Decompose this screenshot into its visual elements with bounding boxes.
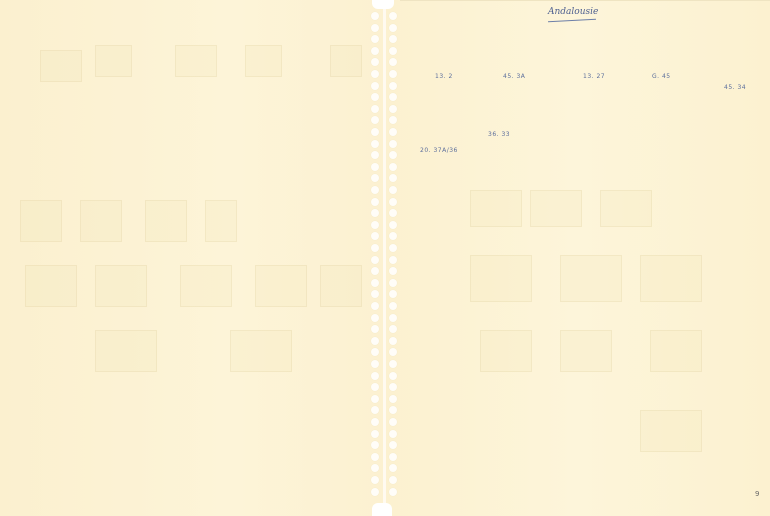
binding-hole [389, 418, 397, 426]
binding-hole [371, 163, 379, 171]
show-through-ghost [205, 200, 237, 242]
binding-hole [389, 395, 397, 403]
show-through-ghost [95, 265, 147, 307]
binding-hole [389, 256, 397, 264]
show-through-ghost [650, 330, 702, 372]
binding-hole [371, 140, 379, 148]
binding-hole [389, 70, 397, 78]
show-through-ghost [180, 265, 232, 307]
binding-hole [371, 128, 379, 136]
show-through-ghost [320, 265, 362, 307]
show-through-ghost [470, 255, 532, 302]
binding-hole [371, 70, 379, 78]
binding-hole [389, 453, 397, 461]
binding-hole [371, 12, 379, 20]
show-through-ghost [470, 190, 522, 227]
binding-hole [389, 360, 397, 368]
binding-hole [371, 476, 379, 484]
binding-hole [371, 488, 379, 496]
show-through-ghost [560, 330, 612, 372]
show-through-ghost [245, 45, 282, 77]
binding-hole [371, 82, 379, 90]
show-through-ghost [25, 265, 77, 307]
binding-hole [371, 430, 379, 438]
binding-hole [371, 395, 379, 403]
show-through-ghost [560, 255, 622, 302]
show-through-ghost [40, 50, 82, 82]
binding-hole [389, 372, 397, 380]
binding-notch-top [372, 0, 394, 9]
binding-hole [389, 314, 397, 322]
page-gutter [383, 0, 386, 516]
binding-hole [371, 302, 379, 310]
show-through-ghost [145, 200, 187, 242]
binding-hole [371, 418, 379, 426]
show-through-ghost [530, 190, 582, 227]
binding-hole [371, 198, 379, 206]
show-through-ghost [640, 410, 702, 452]
page-title: Andalousie [548, 7, 598, 17]
binding-hole [371, 256, 379, 264]
binding-hole [371, 279, 379, 287]
page-number: 9 [755, 490, 759, 498]
show-through-ghost [80, 200, 122, 242]
annotation: 36. 33 [488, 131, 510, 138]
binding-hole [371, 221, 379, 229]
binding-hole [389, 244, 397, 252]
show-through-ghost [95, 45, 132, 77]
page-top-edge [400, 0, 770, 1]
binding-hole [389, 186, 397, 194]
binding-hole [389, 12, 397, 20]
binding-hole [389, 82, 397, 90]
binding-hole [389, 279, 397, 287]
binding-hole [371, 372, 379, 380]
binding-hole [389, 430, 397, 438]
binding-hole [389, 128, 397, 136]
annotation: 13. 2 [435, 73, 453, 80]
binding-hole [389, 24, 397, 32]
binding-hole [389, 302, 397, 310]
binding-hole [389, 221, 397, 229]
binding-hole [389, 198, 397, 206]
binding-hole [371, 186, 379, 194]
binding-hole [371, 314, 379, 322]
binding-hole [389, 476, 397, 484]
binding-hole [371, 453, 379, 461]
show-through-ghost [330, 45, 362, 77]
annotation: 45. 3A [503, 73, 525, 80]
annotation: G. 45 [652, 73, 671, 80]
binding-hole [389, 337, 397, 345]
annotation: 45. 34 [724, 84, 746, 91]
binding-hole [371, 47, 379, 55]
binding-hole [389, 140, 397, 148]
binding-hole [389, 488, 397, 496]
binding-hole [371, 337, 379, 345]
show-through-ghost [255, 265, 307, 307]
show-through-ghost [480, 330, 532, 372]
show-through-ghost [600, 190, 652, 227]
annotation: 13. 27 [583, 73, 605, 80]
binding-notch-bottom [372, 503, 392, 516]
binding-hole [389, 105, 397, 113]
binding-hole [389, 163, 397, 171]
show-through-ghost [640, 255, 702, 302]
binding-hole [371, 105, 379, 113]
show-through-ghost [95, 330, 157, 372]
annotation: 20. 37A/36 [420, 147, 458, 154]
show-through-ghost [175, 45, 217, 77]
binding-hole [371, 24, 379, 32]
binding-hole [389, 47, 397, 55]
show-through-ghost [230, 330, 292, 372]
binding-hole [371, 360, 379, 368]
show-through-ghost [20, 200, 62, 242]
binding-hole [371, 244, 379, 252]
